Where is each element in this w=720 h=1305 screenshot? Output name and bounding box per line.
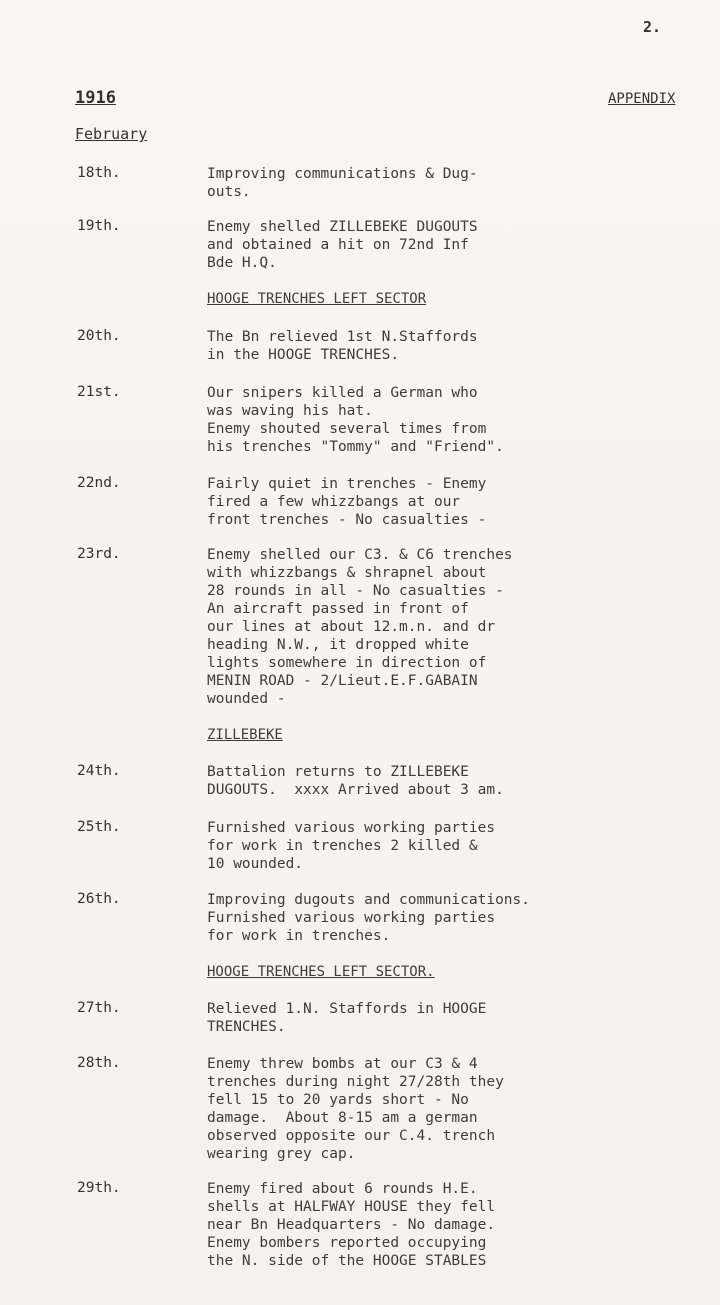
entry-text: Improving dugouts and communications. Fu… — [207, 891, 627, 945]
entry-date: 22nd. — [77, 475, 197, 491]
entry-date: 23rd. — [77, 546, 197, 562]
section-heading: ZILLEBEKE — [207, 727, 283, 743]
entry-date: 24th. — [77, 763, 197, 779]
appendix-label: APPENDIX — [608, 91, 675, 107]
entry-text: Enemy fired about 6 rounds H.E. shells a… — [207, 1180, 627, 1270]
entry-text: Relieved 1.N. Staffords in HOOGE TRENCHE… — [207, 1000, 627, 1036]
entry-text: Enemy shelled our C3. & C6 trenches with… — [207, 546, 627, 708]
entry-date: 19th. — [77, 218, 197, 234]
entry-text: Enemy shelled ZILLEBEKE DUGOUTS and obta… — [207, 218, 627, 272]
month-heading: February — [75, 125, 147, 143]
entry-text: Furnished various working parties for wo… — [207, 819, 627, 873]
document-page: 2. 1916 APPENDIX February 18th. Improvin… — [0, 0, 720, 1305]
section-heading: HOOGE TRENCHES LEFT SECTOR. — [207, 964, 435, 980]
entry-date: 20th. — [77, 328, 197, 344]
entry-text: Our snipers killed a German who was wavi… — [207, 384, 627, 456]
page-number: 2. — [643, 18, 661, 36]
entry-date: 28th. — [77, 1055, 197, 1071]
entry-date: 25th. — [77, 819, 197, 835]
entry-text: Fairly quiet in trenches - Enemy fired a… — [207, 475, 627, 529]
year-heading: 1916 — [75, 88, 116, 108]
section-heading: HOOGE TRENCHES LEFT SECTOR — [207, 291, 426, 307]
entry-date: 29th. — [77, 1180, 197, 1196]
entry-date: 27th. — [77, 1000, 197, 1016]
entry-text: Enemy threw bombs at our C3 & 4 trenches… — [207, 1055, 627, 1163]
entry-date: 26th. — [77, 891, 197, 907]
entry-date: 21st. — [77, 384, 197, 400]
entry-date: 18th. — [77, 165, 197, 181]
entry-text: Battalion returns to ZILLEBEKE DUGOUTS. … — [207, 763, 627, 799]
entry-text: The Bn relieved 1st N.Staffords in the H… — [207, 328, 627, 364]
entry-text: Improving communications & Dug- outs. — [207, 165, 627, 201]
